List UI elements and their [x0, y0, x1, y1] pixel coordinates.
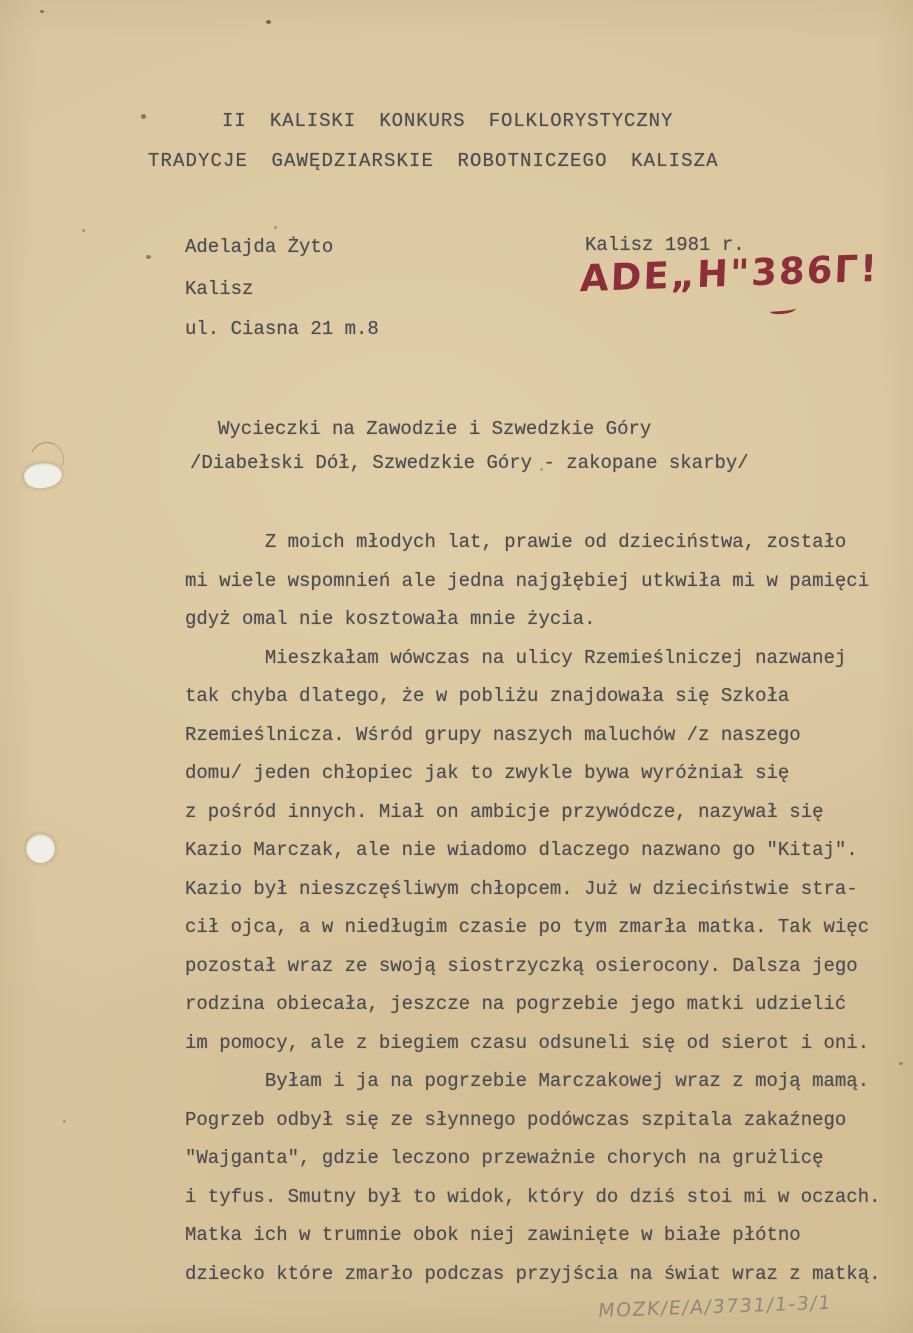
document-header-line1: II KALISKI KONKURS FOLKLORYSTYCZNY	[222, 110, 673, 132]
body-line: z pośród innych. Miał on ambicje przywód…	[185, 793, 907, 832]
hole-punch	[26, 834, 55, 863]
paper-speckle	[141, 114, 146, 119]
body-line: Mieszkałam wówczas na ulicy Rzemieślnicz…	[185, 639, 907, 678]
body-text: Z moich młodych lat, prawie od dziecińst…	[185, 523, 907, 1293]
paper-speckle	[63, 1120, 66, 1123]
paper-speckle	[266, 20, 271, 24]
paper-speckle	[899, 1062, 903, 1065]
author-city: Kalisz	[185, 278, 253, 300]
paper-speckle	[146, 255, 151, 259]
body-line: dziecko które zmarło podczas przyjścia n…	[185, 1255, 907, 1294]
author-name: Adelajda Żyto	[185, 236, 333, 258]
body-line: Matka ich w trumnie obok niej zawinięte …	[185, 1216, 907, 1255]
scanned-document-page: II KALISKI KONKURS FOLKLORYSTYCZNY TRADY…	[0, 0, 913, 1333]
author-address: ul. Ciasna 21 m.8	[185, 318, 379, 340]
body-line: Pogrzeb odbył się ze słynnego podówczas …	[185, 1101, 907, 1140]
body-line: mi wiele wspomnień ale jedna najgłębiej …	[185, 562, 907, 601]
body-line: cił ojca, a w niedługim czasie po tym zm…	[185, 908, 907, 947]
handwritten-underline-mark	[770, 305, 796, 315]
body-line: domu/ jeden chłopiec jak to zwykle bywa …	[185, 754, 907, 793]
paper-speckle	[82, 229, 85, 232]
body-line: gdyż omal nie kosztowała mnie życia.	[185, 600, 907, 639]
body-line: im pomocy, ale z biegiem czasu odsuneli …	[185, 1024, 907, 1063]
body-line: Kazio Marczak, ale nie wiadomo dlaczego …	[185, 831, 907, 870]
body-line: Rzemieślnicza. Wśród grupy naszych maluc…	[185, 716, 907, 755]
body-line: tak chyba dlatego, że w pobliżu znajdowa…	[185, 677, 907, 716]
body-line: pozostał wraz ze swoją siostrzyczką osie…	[185, 947, 907, 986]
paper-speckle	[540, 468, 543, 471]
body-line: Byłam i ja na pogrzebie Marczakowej wraz…	[185, 1062, 907, 1101]
body-line: Z moich młodych lat, prawie od dziecińst…	[185, 523, 907, 562]
archive-pencil-code: MOZK/E/A/3731/1-3/1	[597, 1292, 833, 1322]
body-line: i tyfus. Smutny był to widok, który do d…	[185, 1178, 907, 1217]
body-line: Kazio był nieszczęśliwym chłopcem. Już w…	[185, 870, 907, 909]
body-line: "Wajganta", gdzie leczono przeważnie cho…	[185, 1139, 907, 1178]
document-header-line2: TRADYCJE GAWĘDZIARSKIE ROBOTNICZEGO KALI…	[148, 150, 719, 172]
paper-speckle	[40, 10, 44, 13]
handwritten-catalog-code: ADE„H"386Γ!	[579, 247, 879, 301]
body-line: rodzina obiecała, jeszcze na pogrzebie j…	[185, 985, 907, 1024]
essay-title-line1: Wycieczki na Zawodzie i Szwedzkie Góry	[218, 418, 651, 440]
essay-title-line2: /Diabełski Dół, Szwedzkie Góry - zakopan…	[190, 452, 749, 474]
paper-speckle	[274, 226, 277, 229]
